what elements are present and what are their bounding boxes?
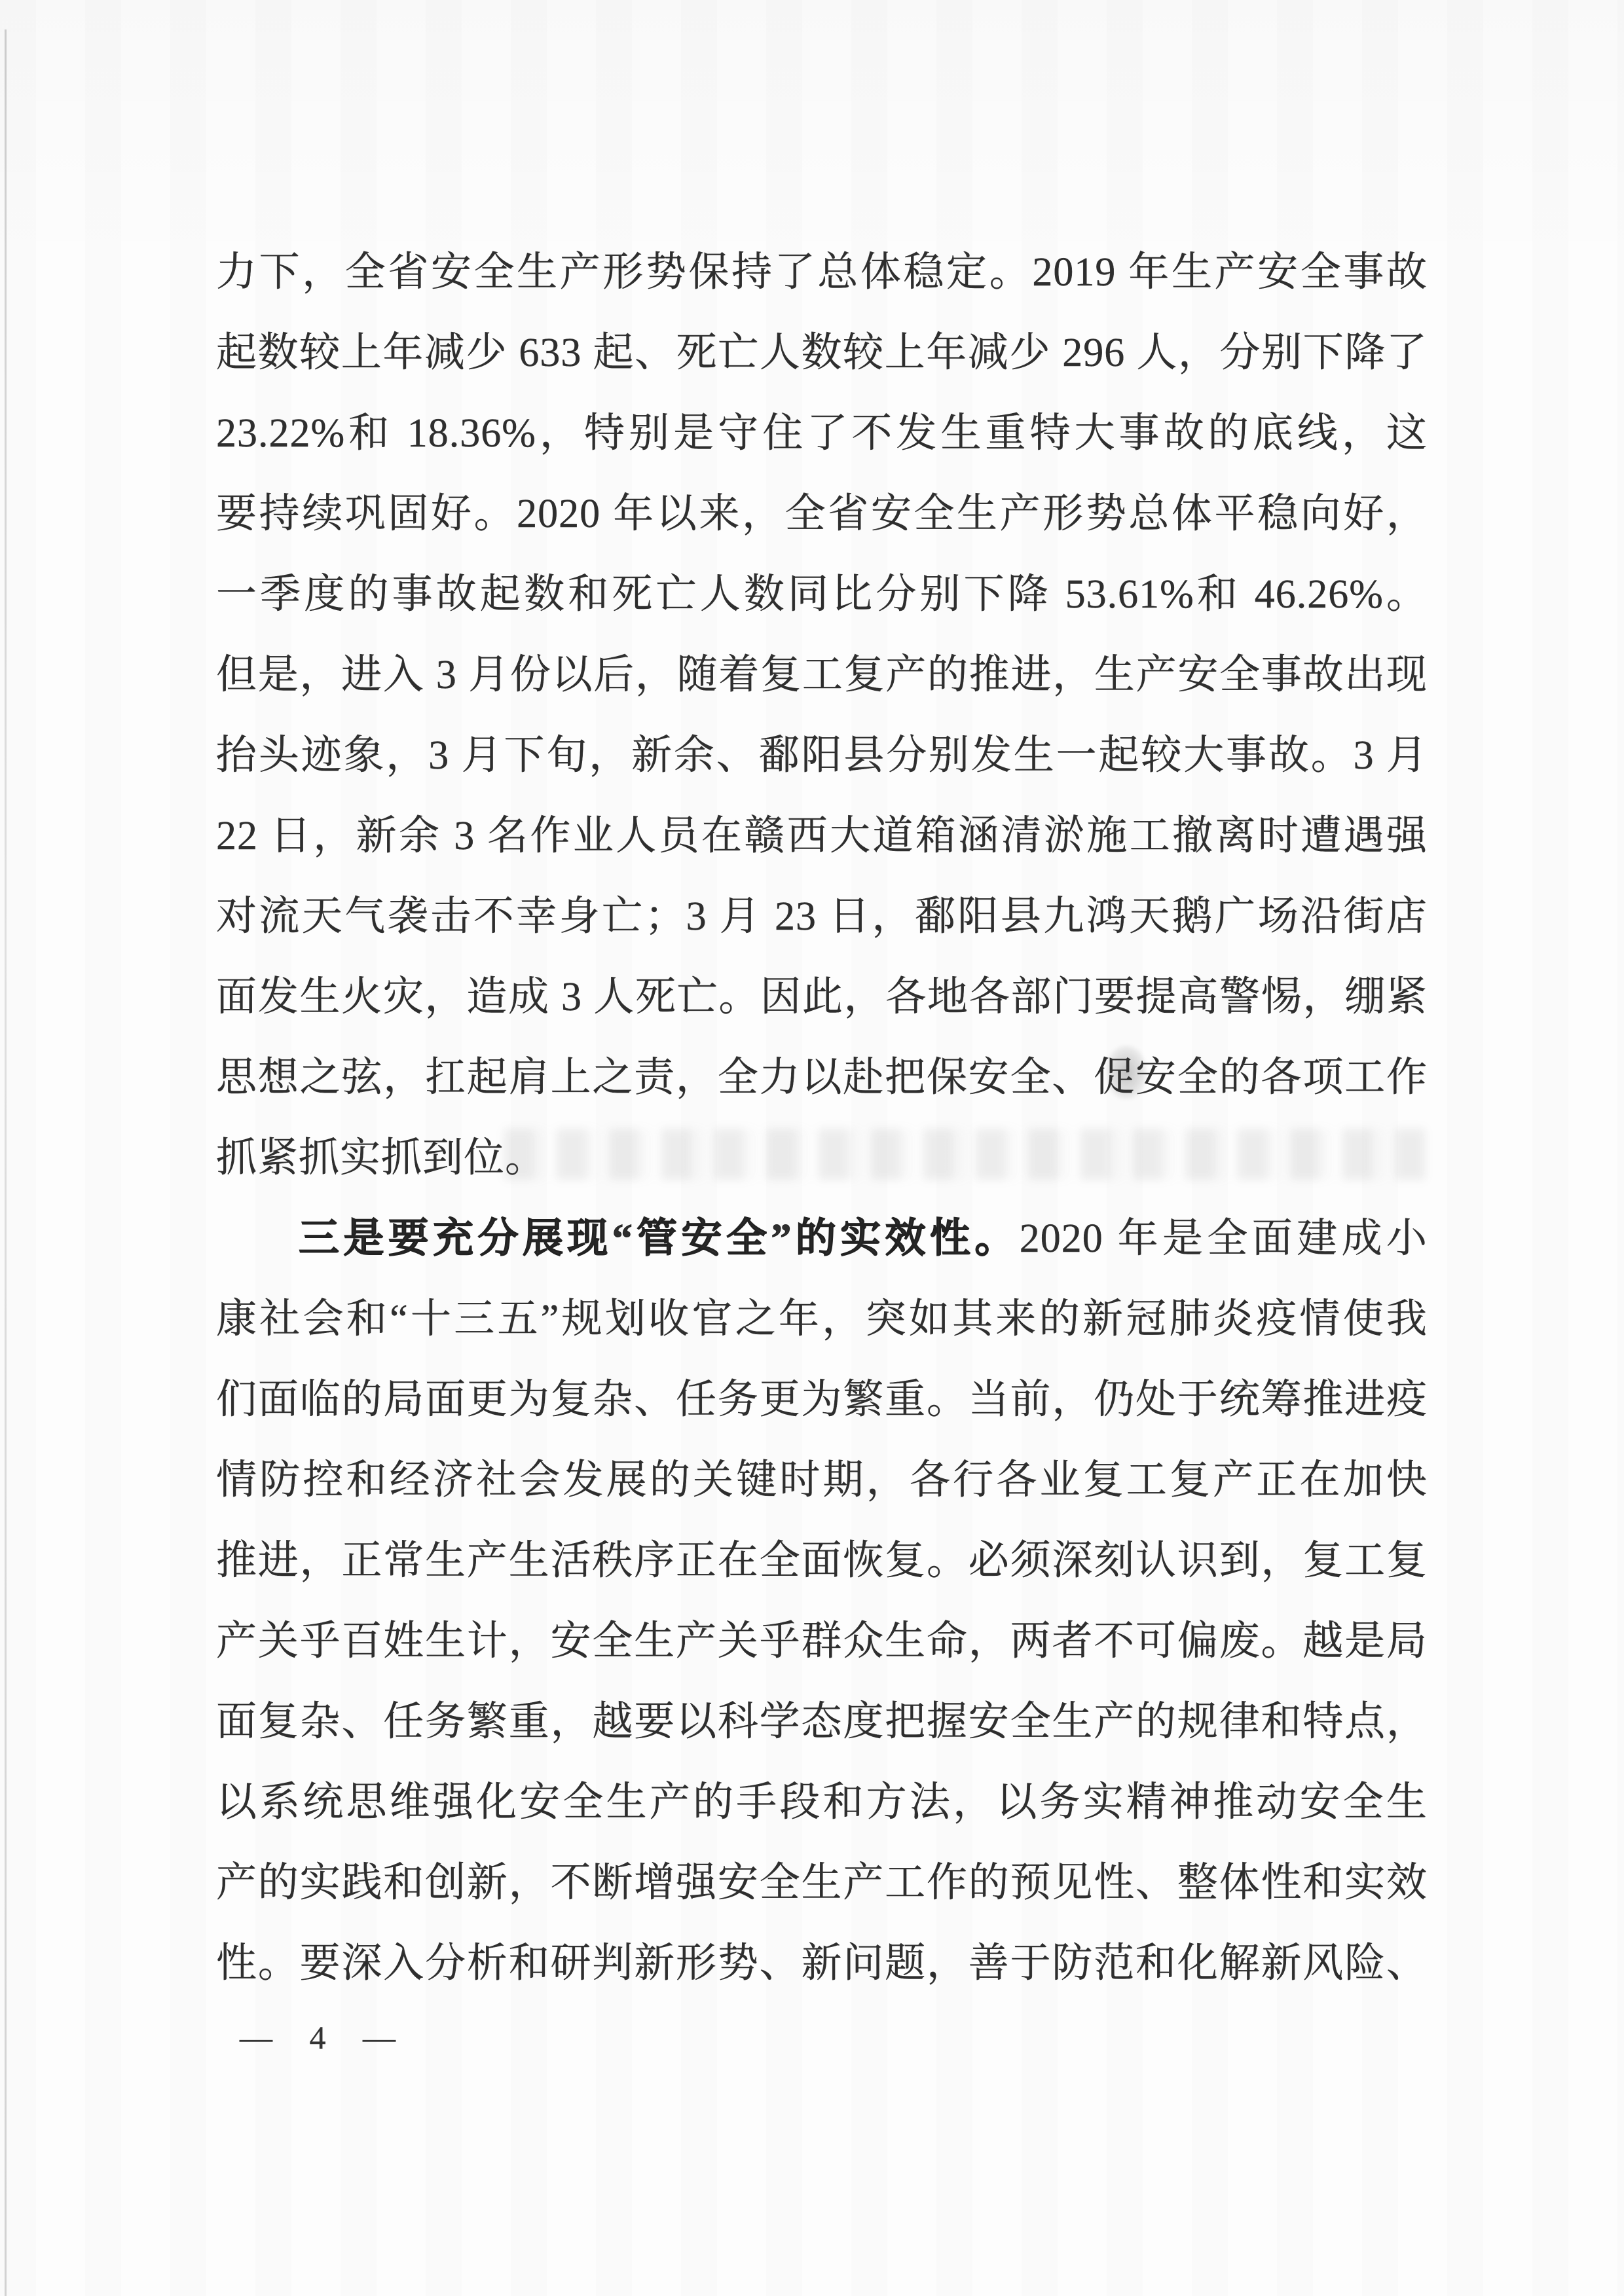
text-line: 面复杂、任务繁重，越要以科学态度把握安全生产的规律和特点，: [216, 1682, 1428, 1762]
text-line: 抓紧抓实抓到位。: [216, 1118, 1428, 1199]
text-line: 要持续巩固好。2020 年以来，全省安全生产形势总体平稳向好，: [216, 474, 1428, 555]
text-block: 力下，全省安全生产形势保持了总体稳定。2019 年生产安全事故起数较上年减少 6…: [216, 232, 1428, 2004]
text-line: 康社会和“十三五”规划收官之年，突如其来的新冠肺炎疫情使我: [216, 1279, 1428, 1360]
text-line: 面发生火灾，造成 3 人死亡。因此，各地各部门要提高警惕，绷紧: [216, 957, 1428, 1038]
text-line: 22 日，新余 3 名作业人员在赣西大道箱涵清淤施工撤离时遭遇强: [216, 796, 1428, 877]
heading-bold-text: 三是要充分展现“管安全”的实效性。: [299, 1216, 1020, 1261]
text-line: 思想之弦，扛起肩上之责，全力以赴把保安全、促安全的各项工作: [216, 1038, 1428, 1118]
text-line: 情防控和经济社会发展的关键时期，各行各业复工复产正在加快: [216, 1440, 1428, 1521]
text-line: 起数较上年减少 633 起、死亡人数较上年减少 296 人，分别下降了: [216, 313, 1428, 393]
text-line: 产的实践和创新，不断增强安全生产工作的预见性、整体性和实效: [216, 1843, 1428, 1923]
text-line: 抬头迹象，3 月下旬，新余、鄱阳县分别发生一起较大事故。3 月: [216, 716, 1428, 796]
page-number: — 4 —: [240, 2011, 410, 2064]
text-line: 力下，全省安全生产形势保持了总体稳定。2019 年生产安全事故: [216, 232, 1428, 313]
text-line: 性。要深入分析和研判新形势、新问题，善于防范和化解新风险、: [216, 1923, 1428, 2004]
text-line: 但是，进入 3 月份以后，随着复工复产的推进，生产安全事故出现: [216, 635, 1428, 716]
text-line: 产关乎百姓生计，安全生产关乎群众生命，两者不可偏废。越是局: [216, 1601, 1428, 1682]
text-line: 推进，正常生产生活秩序正在全面恢复。必须深刻认识到，复工复: [216, 1521, 1428, 1601]
text-line: 对流天气袭击不幸身亡；3 月 23 日，鄱阳县九鸿天鹅广场沿街店: [216, 877, 1428, 957]
text-line: 以系统思维强化安全生产的手段和方法，以务实精神推动安全生: [216, 1762, 1428, 1843]
paragraph-heading-line: 三是要充分展现“管安全”的实效性。2020 年是全面建成小: [216, 1199, 1428, 1279]
document-page: 力下，全省安全生产形势保持了总体稳定。2019 年生产安全事故起数较上年减少 6…: [0, 0, 1624, 2296]
text-line: 一季度的事故起数和死亡人数同比分别下降 53.61%和 46.26%。: [216, 555, 1428, 635]
bleed-through-artifact: [504, 1129, 1425, 1180]
text-line: 们面临的局面更为复杂、任务更为繁重。当前，仍处于统筹推进疫: [216, 1360, 1428, 1440]
scan-edge-artifact: [5, 29, 7, 2296]
text-line: 23.22%和 18.36%，特别是守住了不发生重特大事故的底线，这: [216, 393, 1428, 474]
